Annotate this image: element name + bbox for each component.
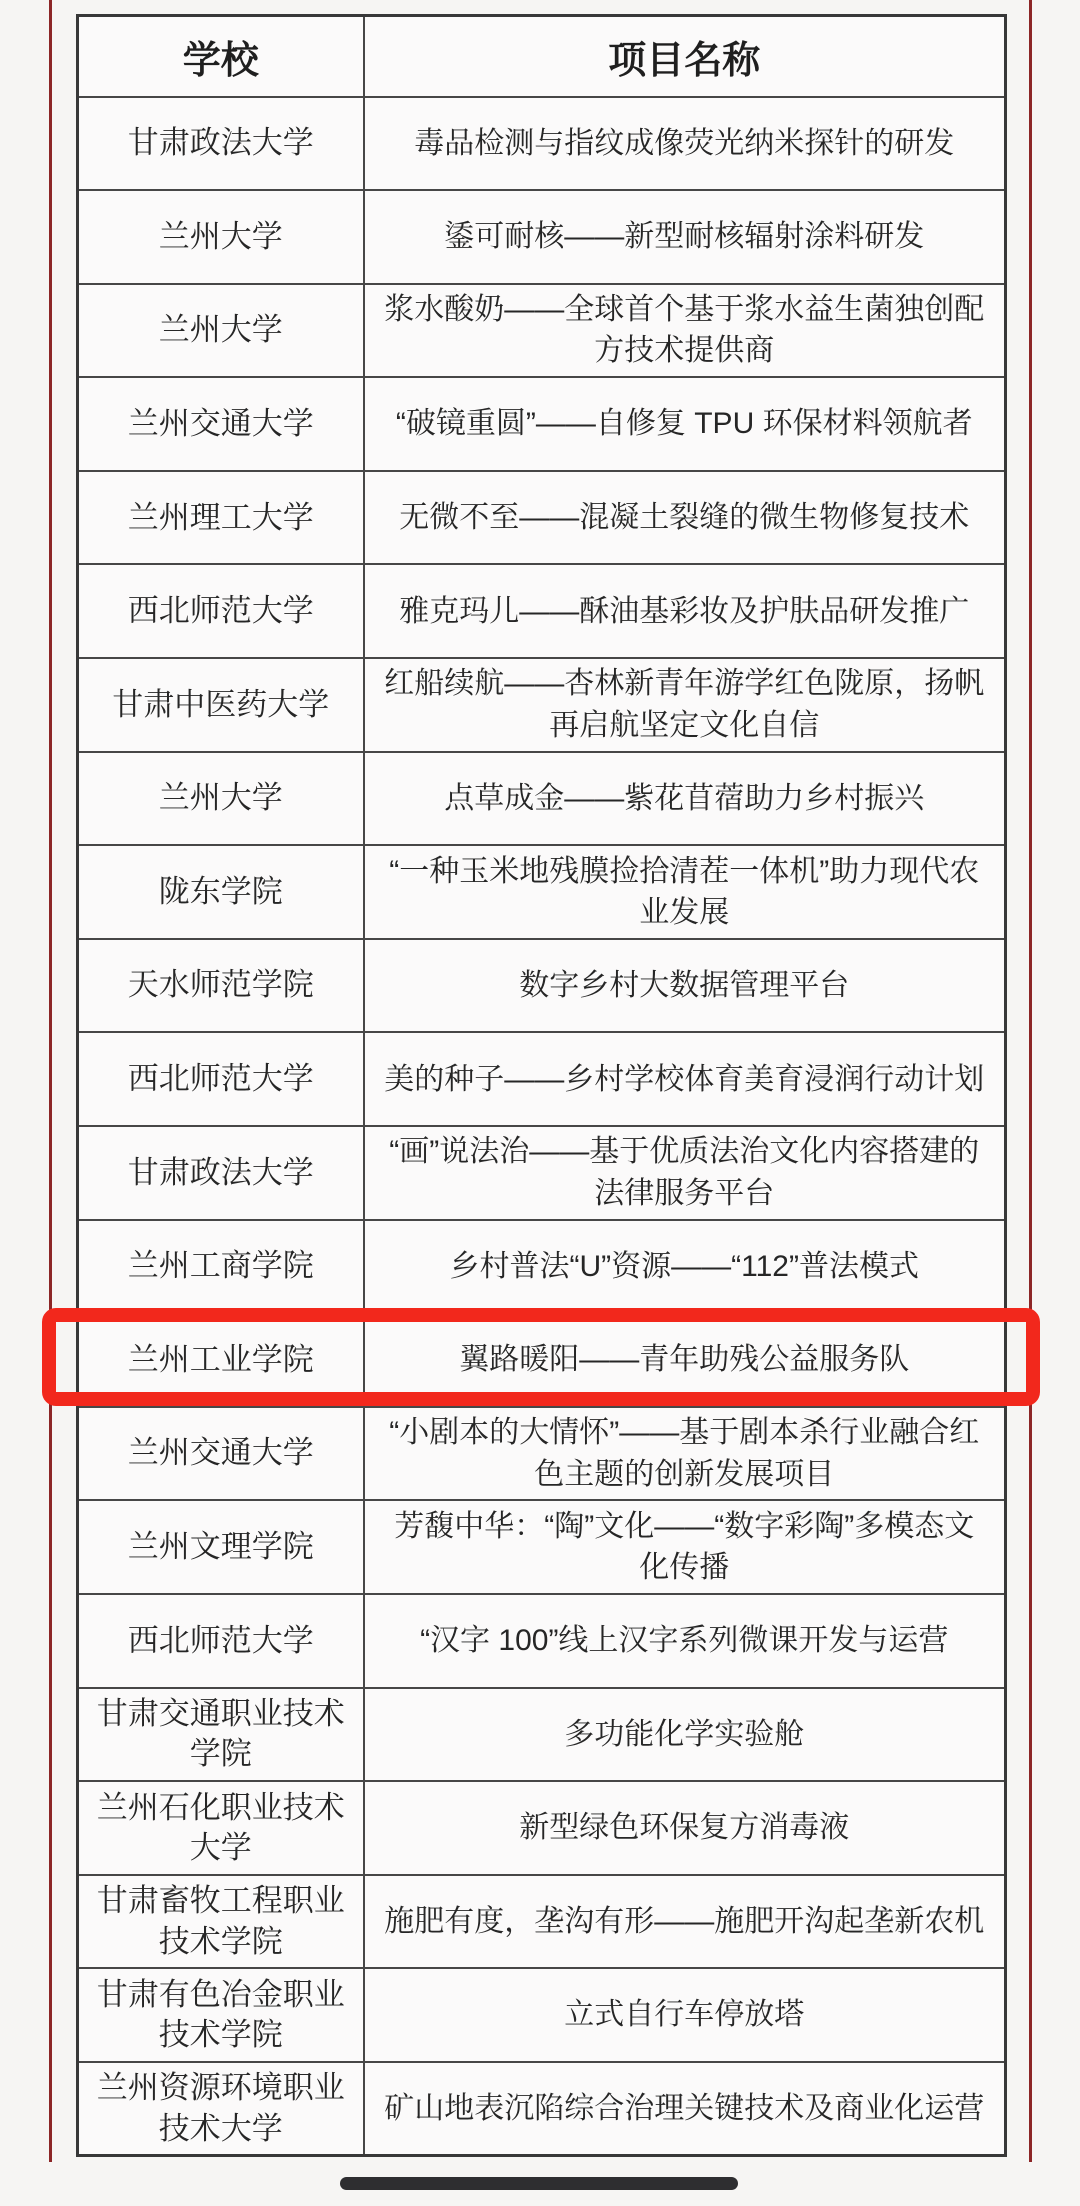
school-cell: 西北师范大学 [78, 1032, 364, 1126]
school-cell: 陇东学院 [78, 845, 364, 939]
school-cell: 兰州文理学院 [78, 1500, 364, 1594]
table-row: 兰州交通大学“小剧本的大情怀”——基于剧本杀行业融合红色主题的创新发展项目 [78, 1407, 1006, 1501]
project-cell: 毒品检测与指纹成像荧光纳米探针的研发 [364, 97, 1006, 191]
table-row: 甘肃交通职业技术学院多功能化学实验舱 [78, 1688, 1006, 1782]
project-cell: 红船续航——杏林新青年游学红色陇原，扬帆再启航坚定文化自信 [364, 658, 1006, 752]
table-row: 兰州资源环境职业技术大学矿山地表沉陷综合治理关键技术及商业化运营 [78, 2062, 1006, 2156]
page-border-line-left [49, 0, 52, 2162]
table-row: 兰州大学点草成金——紫花苜蓿助力乡村振兴 [78, 752, 1006, 846]
home-indicator-bar[interactable] [340, 2177, 738, 2190]
school-cell: 兰州大学 [78, 284, 364, 378]
table-row: 甘肃政法大学毒品检测与指纹成像荧光纳米探针的研发 [78, 97, 1006, 191]
school-cell: 兰州工商学院 [78, 1220, 364, 1314]
project-cell: 翼路暖阳——青年助残公益服务队 [364, 1313, 1006, 1407]
project-cell: 多功能化学实验舱 [364, 1688, 1006, 1782]
table-row-highlighted: 兰州工业学院翼路暖阳——青年助残公益服务队 [78, 1313, 1006, 1407]
project-cell: 美的种子——乡村学校体育美育浸润行动计划 [364, 1032, 1006, 1126]
school-column-header: 学校 [78, 16, 364, 97]
project-cell: 新型绿色环保复方消毒液 [364, 1781, 1006, 1875]
table-row: 甘肃中医药大学红船续航——杏林新青年游学红色陇原，扬帆再启航坚定文化自信 [78, 658, 1006, 752]
school-cell: 兰州工业学院 [78, 1313, 364, 1407]
school-cell: 西北师范大学 [78, 1594, 364, 1688]
project-cell: “破镜重圆”——自修复 TPU 环保材料领航者 [364, 377, 1006, 471]
school-cell: 兰州交通大学 [78, 1407, 364, 1501]
table-header-row: 学校 项目名称 [78, 16, 1006, 97]
project-cell: 数字乡村大数据管理平台 [364, 939, 1006, 1033]
table-row: 天水师范学院数字乡村大数据管理平台 [78, 939, 1006, 1033]
project-cell: 浆水酸奶——全球首个基于浆水益生菌独创配方技术提供商 [364, 284, 1006, 378]
project-cell: 鋈可耐核——新型耐核辐射涂料研发 [364, 190, 1006, 284]
table-row: 兰州大学鋈可耐核——新型耐核辐射涂料研发 [78, 190, 1006, 284]
table-row: 陇东学院“一种玉米地残膜捡拾清茬一体机”助力现代农业发展 [78, 845, 1006, 939]
school-cell: 甘肃有色冶金职业技术学院 [78, 1968, 364, 2062]
table-row: 甘肃畜牧工程职业技术学院施肥有度，垄沟有形——施肥开沟起垄新农机 [78, 1875, 1006, 1969]
project-cell: “汉字 100”线上汉字系列微课开发与运营 [364, 1594, 1006, 1688]
table-row: 兰州大学浆水酸奶——全球首个基于浆水益生菌独创配方技术提供商 [78, 284, 1006, 378]
school-project-table: 学校 项目名称 甘肃政法大学毒品检测与指纹成像荧光纳米探针的研发兰州大学鋈可耐核… [76, 14, 1007, 2157]
school-cell: 甘肃交通职业技术学院 [78, 1688, 364, 1782]
school-cell: 兰州大学 [78, 752, 364, 846]
project-cell: 芳馥中华：“陶”文化——“数字彩陶”多模态文化传播 [364, 1500, 1006, 1594]
school-cell: 兰州石化职业技术大学 [78, 1781, 364, 1875]
table-row: 兰州交通大学“破镜重圆”——自修复 TPU 环保材料领航者 [78, 377, 1006, 471]
school-cell: 甘肃中医药大学 [78, 658, 364, 752]
table-row: 西北师范大学美的种子——乡村学校体育美育浸润行动计划 [78, 1032, 1006, 1126]
project-column-header: 项目名称 [364, 16, 1006, 97]
project-cell: 点草成金——紫花苜蓿助力乡村振兴 [364, 752, 1006, 846]
table-row: 兰州文理学院芳馥中华：“陶”文化——“数字彩陶”多模态文化传播 [78, 1500, 1006, 1594]
page-border-line-right [1029, 0, 1032, 2162]
school-cell: 天水师范学院 [78, 939, 364, 1033]
school-cell: 甘肃政法大学 [78, 1126, 364, 1220]
school-cell: 兰州理工大学 [78, 471, 364, 565]
table-row: 兰州理工大学无微不至——混凝土裂缝的微生物修复技术 [78, 471, 1006, 565]
project-cell: 矿山地表沉陷综合治理关键技术及商业化运营 [364, 2062, 1006, 2156]
school-cell: 兰州大学 [78, 190, 364, 284]
school-cell: 西北师范大学 [78, 564, 364, 658]
school-cell: 甘肃政法大学 [78, 97, 364, 191]
project-cell: 乡村普法“U”资源——“112”普法模式 [364, 1220, 1006, 1314]
table-row: 西北师范大学雅克玛儿——酥油基彩妆及护肤品研发推广 [78, 564, 1006, 658]
project-cell: 无微不至——混凝土裂缝的微生物修复技术 [364, 471, 1006, 565]
screenshot-page: 学校 项目名称 甘肃政法大学毒品检测与指纹成像荧光纳米探针的研发兰州大学鋈可耐核… [0, 0, 1080, 2206]
project-cell: 立式自行车停放塔 [364, 1968, 1006, 2062]
project-cell: “一种玉米地残膜捡拾清茬一体机”助力现代农业发展 [364, 845, 1006, 939]
project-cell: 施肥有度，垄沟有形——施肥开沟起垄新农机 [364, 1875, 1006, 1969]
school-cell: 兰州交通大学 [78, 377, 364, 471]
project-cell: “画”说法治——基于优质法治文化内容搭建的法律服务平台 [364, 1126, 1006, 1220]
table-row: 甘肃政法大学“画”说法治——基于优质法治文化内容搭建的法律服务平台 [78, 1126, 1006, 1220]
project-cell: 雅克玛儿——酥油基彩妆及护肤品研发推广 [364, 564, 1006, 658]
table-row: 西北师范大学“汉字 100”线上汉字系列微课开发与运营 [78, 1594, 1006, 1688]
project-cell: “小剧本的大情怀”——基于剧本杀行业融合红色主题的创新发展项目 [364, 1407, 1006, 1501]
table-row: 兰州工商学院乡村普法“U”资源——“112”普法模式 [78, 1220, 1006, 1314]
school-cell: 兰州资源环境职业技术大学 [78, 2062, 364, 2156]
table-row: 兰州石化职业技术大学新型绿色环保复方消毒液 [78, 1781, 1006, 1875]
table-row: 甘肃有色冶金职业技术学院立式自行车停放塔 [78, 1968, 1006, 2062]
school-cell: 甘肃畜牧工程职业技术学院 [78, 1875, 364, 1969]
